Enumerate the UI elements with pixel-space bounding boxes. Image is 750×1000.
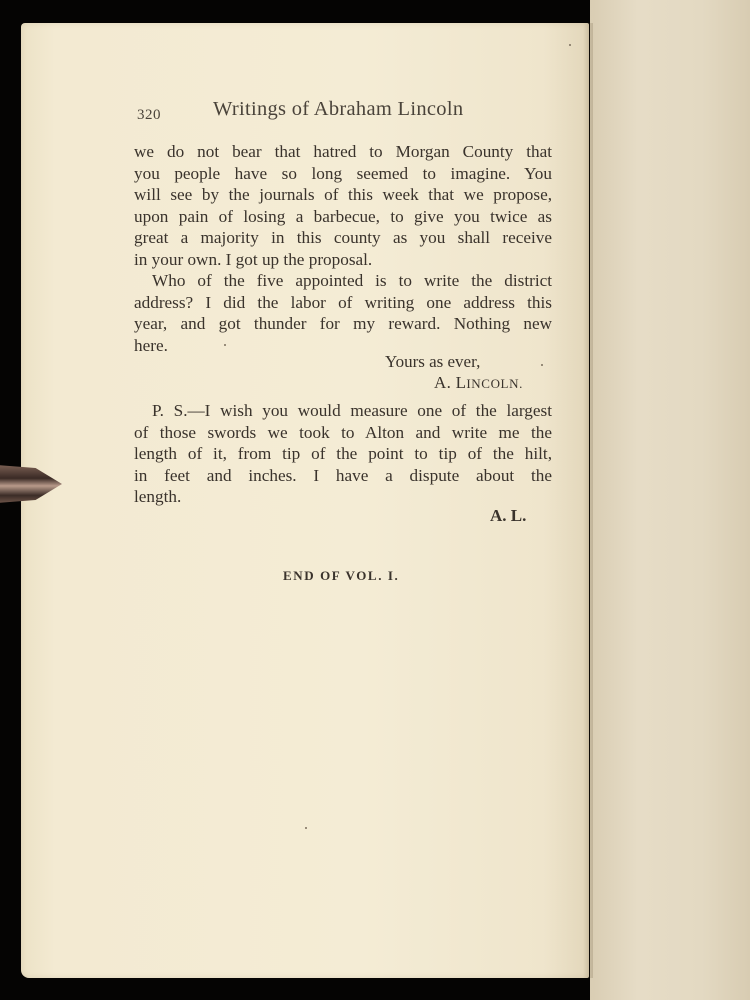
text-line: in feet and inches. I have a dispute abo… <box>134 465 552 487</box>
text-line: length of it, from tip of the point to t… <box>134 443 552 465</box>
text-line: of those swords we took to Alton and wri… <box>134 422 552 444</box>
text-line: you people have so long seemed to imagin… <box>134 163 552 185</box>
text-line: length. <box>134 486 552 508</box>
text-line: here. <box>134 335 552 357</box>
text-line: upon pain of losing a barbecue, to give … <box>134 206 552 228</box>
facing-page <box>590 0 750 1000</box>
signature-smallcaps: INCOLN. <box>466 376 523 391</box>
text-line: Who of the five appointed is to write th… <box>134 270 552 292</box>
page-number: 320 <box>137 107 161 124</box>
postscript: P. S.—I wish you would measure one of th… <box>134 400 552 508</box>
text-line: great a majority in this county as you s… <box>134 227 552 249</box>
end-of-volume: END OF VOL. I. <box>283 568 399 584</box>
text-line: P. S.—I wish you would measure one of th… <box>134 400 552 422</box>
paragraph-2: Who of the five appointed is to write th… <box>134 270 552 356</box>
paper-speck <box>224 344 226 346</box>
text-line: address? I did the labor of writing one … <box>134 292 552 314</box>
signature-initial: A. L <box>434 373 466 392</box>
postscript-signature: A. L. <box>490 506 526 526</box>
text-line: year, and got thunder for my reward. Not… <box>134 313 552 335</box>
gutter-shadow <box>583 23 593 978</box>
text-line: we do not bear that hatred to Morgan Cou… <box>134 141 552 163</box>
text-line: in your own. I got up the proposal. <box>134 249 552 271</box>
signature: A. LINCOLN. <box>434 373 523 393</box>
paper-speck <box>569 44 571 46</box>
valediction: Yours as ever, <box>385 352 480 372</box>
paper-speck <box>305 827 307 829</box>
running-head: Writings of Abraham Lincoln <box>213 98 463 121</box>
text-line: will see by the journals of this week th… <box>134 184 552 206</box>
paper-speck <box>541 364 543 366</box>
paragraph-1: we do not bear that hatred to Morgan Cou… <box>134 141 552 271</box>
